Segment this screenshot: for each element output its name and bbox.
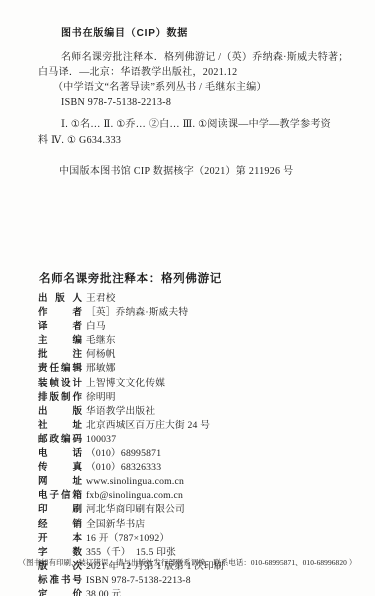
colophon-row-value: 16 开（787×1092） <box>86 533 169 544</box>
colophon-row: 邮政编码100037 <box>38 432 358 446</box>
colophon-row-label: 出版人 <box>38 293 82 305</box>
colophon-row: 经销全国新华书店 <box>38 517 358 531</box>
colophon-row-label: 责任编辑 <box>38 363 82 375</box>
colophon-rows: 出版人王君校作者［英］乔纳森·斯威夫特译者白马主编毛继东批注何杨帆责任编辑邢敏娜… <box>38 291 358 596</box>
colophon-row: 开本16 开（787×1092） <box>38 531 358 545</box>
colophon-row-label: 出版 <box>38 406 82 418</box>
colophon-row: 装帧设计上智博文文化传媒 <box>38 376 358 390</box>
colophon-row-value: 白马 <box>86 321 106 332</box>
colophon-row-value: fxb@sinolingua.com.cn <box>86 490 183 501</box>
colophon-row: 作者［英］乔纳森·斯威夫特 <box>38 305 358 319</box>
colophon-row-value: 华语教学出版社 <box>86 406 155 417</box>
colophon-row-value: 王君校 <box>86 293 116 304</box>
colophon-row-value: 徐明明 <box>86 392 116 403</box>
colophon-row: 电话（010）68995871 <box>38 446 358 460</box>
colophon-row-label: 网址 <box>38 476 82 488</box>
colophon-row-value: www.sinolingua.com.cn <box>86 476 184 487</box>
colophon-row: 社址北京西城区百万庄大街 24 号 <box>38 418 358 432</box>
colophon-row-value: 河北华商印刷有限公司 <box>86 504 185 515</box>
colophon-row-value: 全国新华书店 <box>86 519 145 530</box>
cip-line-isbn: ISBN 978-7-5138-2213-8 <box>38 95 353 110</box>
cip-classification-line-2: 料 Ⅳ. ① G634.333 <box>38 133 353 149</box>
cip-data-header: 图书在版编目（CIP）数据 <box>61 24 188 39</box>
colophon-row: 排版制作徐明明 <box>38 390 358 404</box>
colophon-row: 印刷河北华商印刷有限公司 <box>38 502 358 516</box>
colophon-row-value: 上智博文文化传媒 <box>86 378 165 389</box>
colophon-row-label: 开本 <box>38 533 82 545</box>
colophon-row-label: 邮政编码 <box>38 434 82 446</box>
colophon-row-label: 主编 <box>38 335 82 347</box>
cip-line-series: （中学语文“名著导读”系列丛书 / 毛继东主编） <box>38 80 353 95</box>
colophon-row-label: 作者 <box>38 307 82 319</box>
cip-line-publisher: 白马译．—北京：华语教学出版社，2021.12 <box>38 65 353 80</box>
colophon-row-label: 排版制作 <box>38 392 82 404</box>
colophon-row-label: 经销 <box>38 519 82 531</box>
colophon-row-value: （010）68326333 <box>86 462 161 473</box>
colophon-row: 主编毛继东 <box>38 333 358 347</box>
colophon-row-value: 何杨帆 <box>86 349 116 360</box>
footer-errata-note: （图书如有印刷、装订错误，请与出版社发行部联系调换。联系电话：010-68995… <box>0 557 375 568</box>
colophon-row: 批注何杨帆 <box>38 347 358 361</box>
colophon-row-value: ［英］乔纳森·斯威夫特 <box>86 307 188 318</box>
colophon-row-label: 装帧设计 <box>38 378 82 390</box>
colophon-row-label: 电话 <box>38 448 82 460</box>
colophon-row: 定价38.00 元 <box>38 587 358 596</box>
cip-record-number: 中国版本图书馆 CIP 数据核字（2021）第 211926 号 <box>59 162 293 177</box>
colophon-row-value: 38.00 元 <box>86 589 121 596</box>
colophon-row: 译者白马 <box>38 319 358 333</box>
colophon-row-value: 100037 <box>86 434 116 445</box>
colophon-row: 电子信箱fxb@sinolingua.com.cn <box>38 488 358 502</box>
cip-classification-block: Ⅰ. ①名… Ⅱ. ①乔… ②白… Ⅲ. ①阅读课—中学—教学参考资 料 Ⅳ. … <box>38 117 353 148</box>
colophon-row-label: 传真 <box>38 462 82 474</box>
colophon-row-value: 邢敏娜 <box>86 363 116 374</box>
colophon-row-value: （010）68995871 <box>86 448 161 459</box>
colophon-row-value: 毛继东 <box>86 335 116 346</box>
cip-bibliographic-block: 名师名课旁批注释本．格列佛游记 /（英）乔纳森·斯威夫特著； 白马译．—北京：华… <box>38 50 353 110</box>
colophon-row-value: 北京西城区百万庄大街 24 号 <box>86 420 210 431</box>
colophon-row-label: 译者 <box>38 321 82 333</box>
book-title: 名师名课旁批注释本：格列佛游记 <box>39 270 222 286</box>
colophon-row-label: 定价 <box>38 589 82 596</box>
colophon-row: 标准书号ISBN 978-7-5138-2213-8 <box>38 573 358 587</box>
colophon-row-label: 印刷 <box>38 504 82 516</box>
colophon-row: 出版华语教学出版社 <box>38 404 358 418</box>
colophon-row-label: 标准书号 <box>38 575 82 587</box>
colophon-row-label: 社址 <box>38 420 82 432</box>
cip-classification-line-1: Ⅰ. ①名… Ⅱ. ①乔… ②白… Ⅲ. ①阅读课—中学—教学参考资 <box>38 117 353 133</box>
colophon-row: 网址www.sinolingua.com.cn <box>38 474 358 488</box>
cip-line-title-author: 名师名课旁批注释本．格列佛游记 /（英）乔纳森·斯威夫特著； <box>38 50 353 65</box>
colophon-row-label: 批注 <box>38 349 82 361</box>
colophon-row: 出版人王君校 <box>38 291 358 305</box>
colophon-row-label: 电子信箱 <box>38 490 82 502</box>
colophon-row: 传真（010）68326333 <box>38 460 358 474</box>
colophon-row-value: ISBN 978-7-5138-2213-8 <box>86 575 191 586</box>
colophon-row: 责任编辑邢敏娜 <box>38 361 358 375</box>
book-copyright-page: 图书在版编目（CIP）数据 名师名课旁批注释本．格列佛游记 /（英）乔纳森·斯威… <box>0 0 375 596</box>
